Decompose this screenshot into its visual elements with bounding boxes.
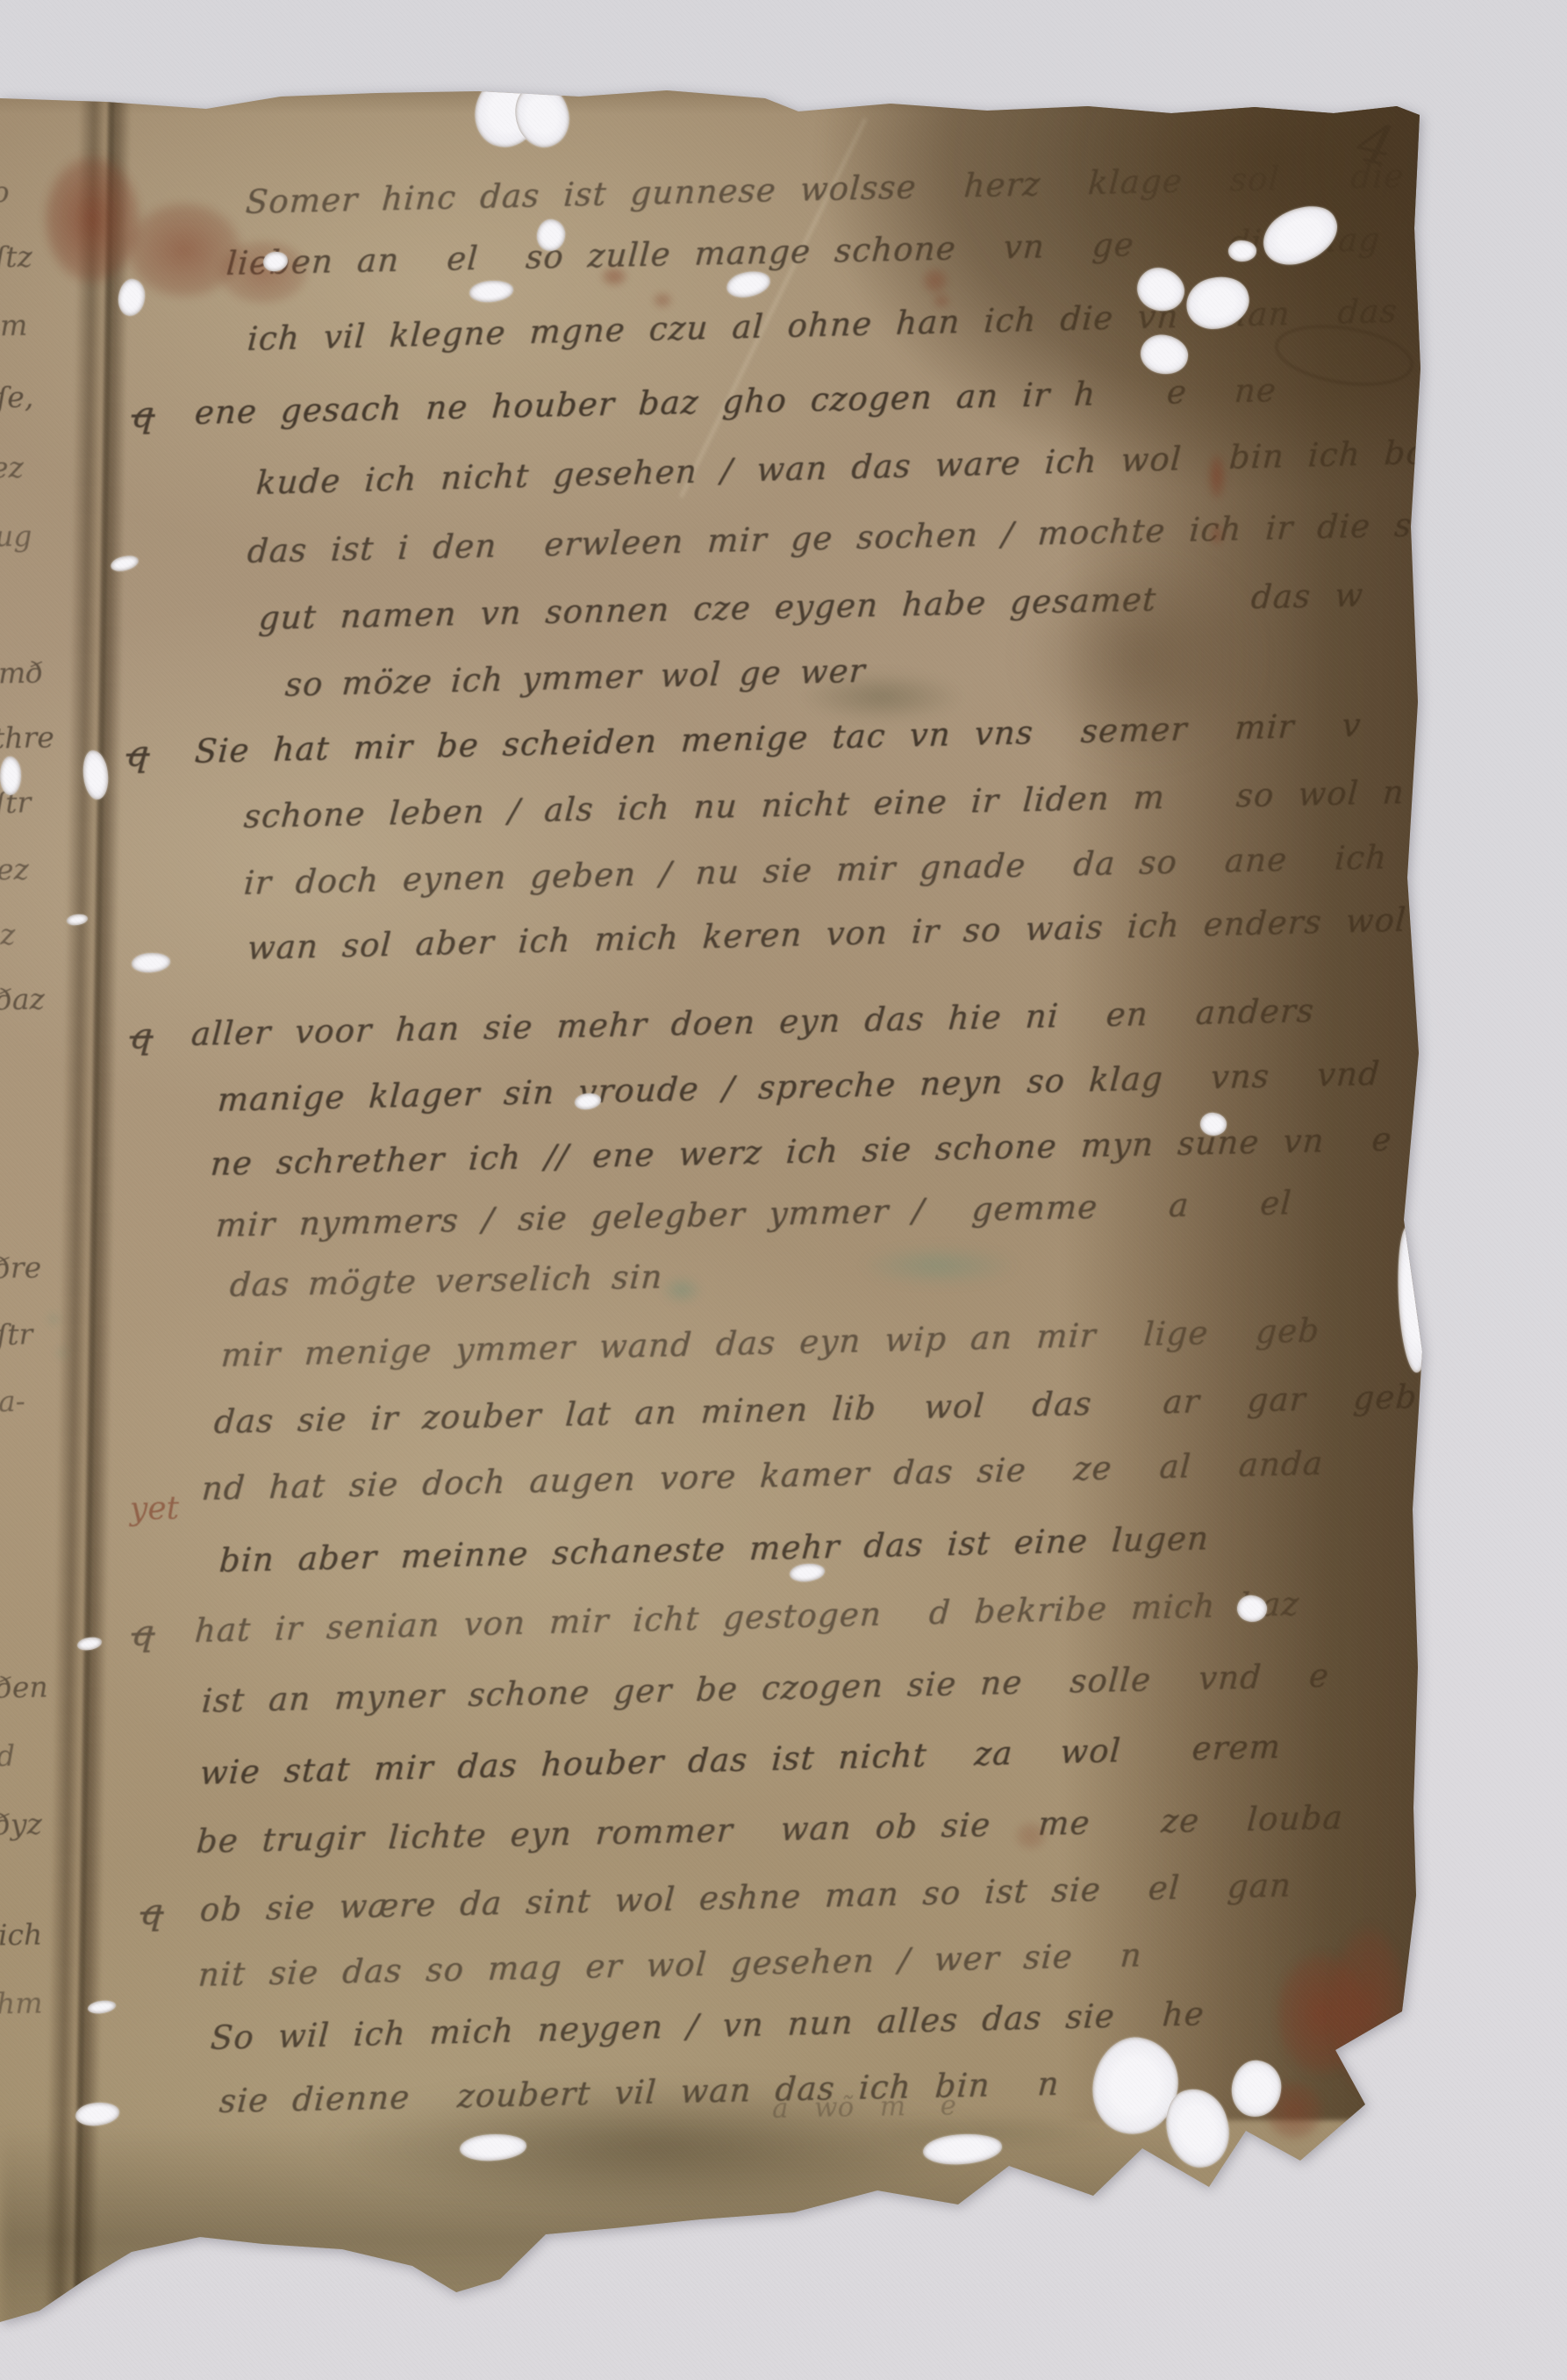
teal-stain (46, 1311, 61, 1327)
paragraph-mark: q (131, 1617, 156, 1652)
rust-stain (1209, 520, 1225, 549)
manuscript-line: nit sie das so mag er wol gesehen / wer … (197, 1939, 1143, 1991)
teal-stain (54, 1346, 68, 1360)
margin-fragment: thre (0, 722, 54, 752)
rust-stain (202, 228, 325, 316)
margin-fragment: ez (0, 453, 24, 483)
margin-fragment: ſtr (0, 1320, 33, 1350)
margin-fragment: m (0, 311, 28, 341)
margin-fragment: mð (0, 658, 43, 688)
parchment-wrapper: 4 Somer hinc das ist gunnese wolsse herz… (0, 0, 1567, 2380)
margin-fragment: d (0, 1741, 15, 1770)
manuscript-line-text: nit sie das so mag er wol gesehen / wer … (197, 1936, 1144, 1994)
paragraph-mark: q (131, 398, 156, 434)
darkened-mid-right-patch (983, 518, 1299, 799)
parchment-leaf: 4 Somer hinc das ist gunnese wolsse herz… (0, 0, 1567, 2380)
margin-fragment: yet (130, 1494, 180, 1526)
margin-fragment: ðaz (0, 985, 45, 1014)
margin-fragment: z (0, 920, 16, 949)
paragraph-mark: q (125, 737, 151, 773)
margin-fragment: hm (0, 1989, 43, 2018)
damage-hole (1228, 240, 1256, 262)
margin-fragment: ſtz (0, 242, 32, 272)
rust-stain (930, 291, 953, 311)
ink-smudge (772, 663, 991, 730)
margin-fragment: ðyz (0, 1810, 42, 1839)
margin-fragment: ſe, (0, 383, 34, 412)
rust-stain (597, 263, 632, 290)
manuscript-line: das mögte verselich sin (229, 1260, 664, 1301)
margin-fragment: ɔ (0, 177, 10, 206)
paragraph-mark: q (129, 1020, 154, 1056)
paragraph-mark: q (140, 1896, 165, 1932)
manuscript-line-text: So wil ich mich neygen / vn nun alles da… (210, 1995, 1206, 2057)
darkened-right-edge (1062, 84, 1423, 2120)
margin-fragment: a- (0, 1387, 25, 1416)
rust-stain (1316, 1896, 1421, 2124)
rust-stain (1009, 1817, 1053, 1855)
manuscript-line: So wil ich mich neygen / vn nun alles da… (210, 1997, 1206, 2054)
manuscript-scan-page: { "scan": { "background_color": "#d9d8dc… (0, 0, 1567, 2380)
rust-stain (1206, 446, 1228, 507)
margin-fragment: ug (0, 521, 32, 551)
manuscript-line-text: das mögte verselich sin (229, 1258, 665, 1304)
teal-stain (834, 1239, 1044, 1292)
rust-stain (649, 290, 676, 311)
margin-fragment: ðre (0, 1253, 41, 1283)
margin-fragment: ðen (0, 1672, 48, 1702)
margin-fragment: ez (0, 855, 29, 885)
margin-fragment: ich (0, 1920, 43, 1950)
teal-stain (654, 1271, 710, 1309)
damage-hole (0, 756, 21, 795)
